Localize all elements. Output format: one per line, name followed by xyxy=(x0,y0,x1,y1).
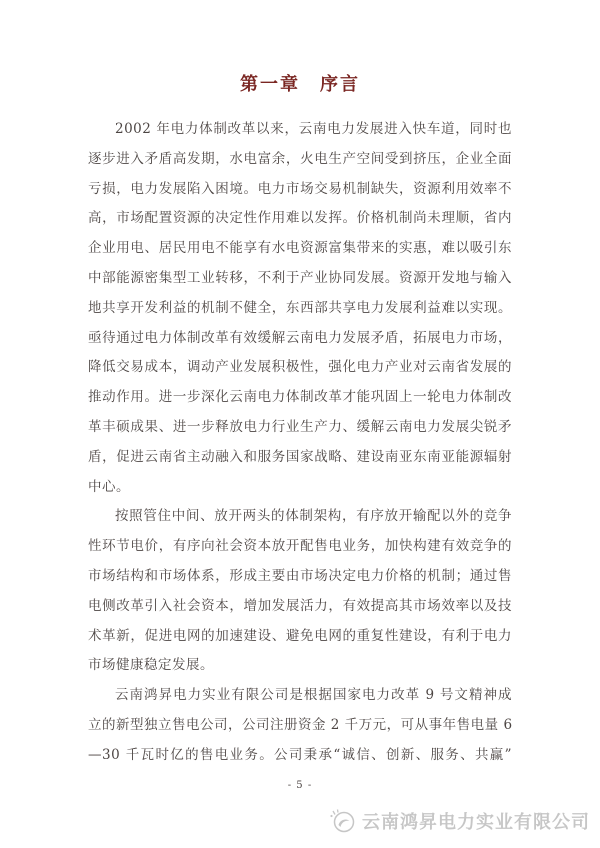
text-line: 降低交易成本，调动产业发展积极性，强化电力产业对云南省发展的 xyxy=(88,353,512,383)
text-line: 亟待通过电力体制改革有效缓解云南电力发展矛盾，拓展电力市场， xyxy=(88,324,512,354)
text-line: 术革新，促进电网的加速建设、避免电网的重复性建设，有利于电力 xyxy=(88,622,512,652)
text-line: 亏损，电力发展陷入困境。电力市场交易机制缺失，资源利用效率不 xyxy=(88,175,512,205)
text-line: 中部能源密集型工业转移，不利于产业协同发展。资源开发地与输入 xyxy=(88,264,512,294)
text-line: 革丰硕成果、进一步释放电力行业生产力、缓解云南电力发展尖锐矛 xyxy=(88,413,512,443)
text-line: 按照管住中间、放开两头的体制架构，有序放开输配以外的竞争 xyxy=(88,502,512,532)
text-line: 中心。 xyxy=(88,473,512,503)
text-line: 推动作用。进一步深化云南电力体制改革才能巩固上一轮电力体制改 xyxy=(88,383,512,413)
page-number: - 5 - xyxy=(0,780,600,791)
text-line: 盾，促进云南省主动融入和服务国家战略、建设南亚东南亚能源辐射 xyxy=(88,443,512,473)
text-line: 逐步进入矛盾高发期，水电富余，火电生产空间受到挤压，企业全面 xyxy=(88,145,512,175)
document-body: 2002 年电力体制改革以来，云南电力发展进入快车道，同时也逐步进入矛盾高发期，… xyxy=(88,115,512,771)
paragraph: 按照管住中间、放开两头的体制架构，有序放开输配以外的竞争性环节电价，有序向社会资… xyxy=(88,502,512,681)
document-page: 第一章 序言 2002 年电力体制改革以来，云南电力发展进入快车道，同时也逐步进… xyxy=(0,0,600,848)
text-line: —30 千瓦时亿的售电业务。公司秉承“诚信、创新、服务、共赢” xyxy=(88,741,512,771)
footer-watermark: 云南鸿昇电力实业有限公司 xyxy=(327,806,590,836)
text-line: 电侧改革引入社会资本，增加发展活力，有效提高其市场效率以及技 xyxy=(88,592,512,622)
text-line: 性环节电价，有序向社会资本放开配售电业务，加快构建有效竞争的 xyxy=(88,532,512,562)
text-line: 立的新型独立售电公司，公司注册资金 2 千万元，可从事年售电量 6 xyxy=(88,711,512,741)
text-line: 地共享开发利益的机制不健全，东西部共享电力发展利益难以实现。 xyxy=(88,294,512,324)
text-line: 2002 年电力体制改革以来，云南电力发展进入快车道，同时也 xyxy=(88,115,512,145)
text-line: 企业用电、居民用电不能享有水电资源富集带来的实惠，难以吸引东 xyxy=(88,234,512,264)
text-line: 市场健康稳定发展。 xyxy=(88,651,512,681)
text-line: 高，市场配置资源的决定性作用难以发挥。价格机制尚未理顺，省内 xyxy=(88,204,512,234)
paragraph: 云南鸿昇电力实业有限公司是根据国家电力改革 9 号文精神成立的新型独立售电公司，… xyxy=(88,681,512,770)
text-line: 市场结构和市场体系，形成主要由市场决定电力价格的机制；通过售 xyxy=(88,562,512,592)
text-line: 云南鸿昇电力实业有限公司是根据国家电力改革 9 号文精神成 xyxy=(88,681,512,711)
company-logo-icon xyxy=(327,806,357,836)
footer-company-name: 云南鸿昇电力实业有限公司 xyxy=(362,808,590,834)
paragraph: 2002 年电力体制改革以来，云南电力发展进入快车道，同时也逐步进入矛盾高发期，… xyxy=(88,115,512,502)
chapter-title: 第一章 序言 xyxy=(0,70,600,96)
